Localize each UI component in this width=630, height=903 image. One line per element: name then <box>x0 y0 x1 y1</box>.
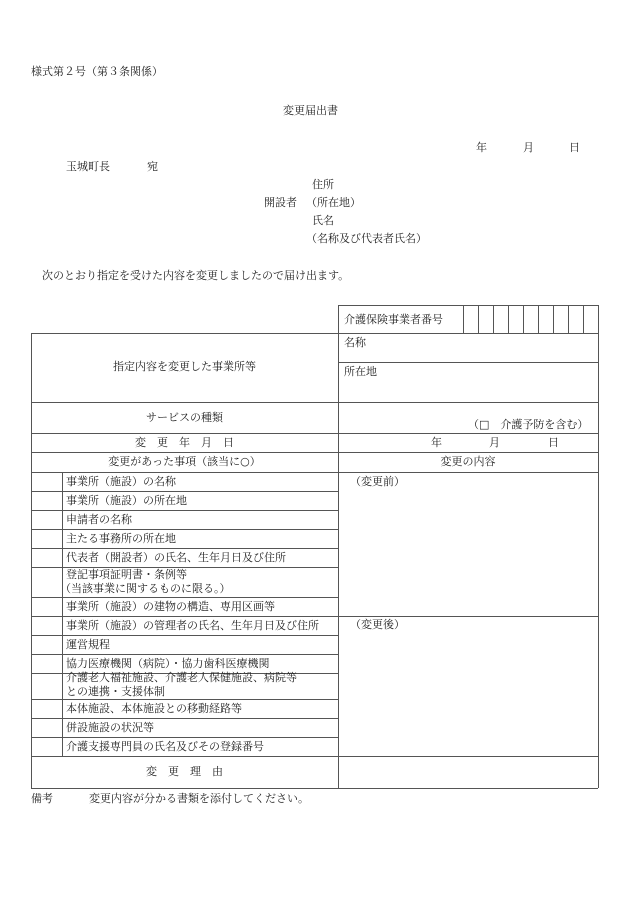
item-check-cell[interactable] <box>32 598 62 616</box>
office-name-label: 名称 <box>344 336 366 350</box>
item-label: 代表者（開設者）の氏名、生年月日及び住所 <box>66 551 286 565</box>
applicant-label: 開設者 <box>264 196 297 210</box>
applicant-name-label: 氏名 <box>312 214 334 228</box>
item-label: 運営規程 <box>66 638 110 652</box>
date-month-label: 月 <box>523 141 534 155</box>
item-check-cell[interactable] <box>32 568 62 597</box>
insurer-number-box-5[interactable] <box>524 306 538 333</box>
insurer-number-box-8[interactable] <box>569 306 583 333</box>
service-type-label: サービスの種類 <box>31 411 338 425</box>
addressee-suffix: 宛 <box>147 160 158 174</box>
applicant-address-label: 住所 <box>312 178 334 192</box>
item-check-cell[interactable] <box>32 700 62 718</box>
reason-label: 変 更 理 由 <box>31 765 338 779</box>
service-type-note: （□ 介護予防を含む） <box>468 418 588 432</box>
form-number: 様式第２号（第３条関係） <box>31 65 163 79</box>
applicant-name-sub: （名称及び代表者氏名） <box>306 232 427 246</box>
changed-items-header: 変更があった事項（該当に○） <box>31 455 338 469</box>
change-date-year: 年 <box>431 436 442 450</box>
before-content-area[interactable] <box>339 473 597 615</box>
item-check-cell[interactable] <box>32 492 62 510</box>
item-label: 併設施設の状況等 <box>66 721 154 735</box>
item-label: 事業所（施設）の建物の構造、専用区画等 <box>66 600 275 614</box>
item-label-line2: （当該事業に関するものに限る。） <box>60 582 231 596</box>
office-address-label: 所在地 <box>344 365 377 379</box>
item-check-cell[interactable] <box>32 530 62 548</box>
item-check-cell[interactable] <box>32 655 62 673</box>
insurer-number-box-1[interactable] <box>464 306 478 333</box>
change-date-label: 変 更 年 月 日 <box>31 436 338 450</box>
applicant-address-sub: （所在地） <box>306 196 361 210</box>
date-day-label: 日 <box>569 141 580 155</box>
insurer-number-box-3[interactable] <box>494 306 508 333</box>
item-label: 協力医療機関（病院）・協力歯科医療機関 <box>66 657 270 671</box>
insurer-number-box-4[interactable] <box>509 306 523 333</box>
item-check-cell[interactable] <box>32 674 62 699</box>
note-label: 備考 <box>31 792 53 806</box>
change-date-day: 日 <box>548 436 559 450</box>
item-check-cell[interactable] <box>32 549 62 567</box>
item-label: 事業所（施設）の管理者の氏名、生年月日及び住所 <box>66 619 319 633</box>
item-check-cell[interactable] <box>32 719 62 737</box>
insurer-number-box-7[interactable] <box>554 306 568 333</box>
item-label: 介護老人福祉施設、介護老人保健施設、病院等 <box>66 671 297 685</box>
note-text: 変更内容が分かる書類を添付してください。 <box>89 792 309 806</box>
office-label: 指定内容を変更した事業所等 <box>31 360 338 374</box>
item-label: 申請者の名称 <box>66 513 132 527</box>
item-label: 登記事項証明書・条例等 <box>66 568 187 582</box>
document-title: 変更届出書 <box>283 104 338 118</box>
after-content-area[interactable] <box>339 617 597 755</box>
item-check-cell[interactable] <box>32 636 62 654</box>
item-label: 介護支援専門員の氏名及びその登録番号 <box>66 740 264 754</box>
insurer-number-label: 介護保険事業者番号 <box>344 313 443 327</box>
item-label: 事業所（施設）の名称 <box>66 475 176 489</box>
item-check-cell[interactable] <box>32 617 62 635</box>
insurer-number-box-6[interactable] <box>539 306 553 333</box>
change-content-header: 変更の内容 <box>338 455 598 469</box>
date-year-label: 年 <box>476 141 487 155</box>
intro-text: 次のとおり指定を受けた内容を変更しましたので届け出ます。 <box>42 269 349 283</box>
item-label: 本体施設、本体施設との移動経路等 <box>66 702 242 716</box>
item-label: 事業所（施設）の所在地 <box>66 494 187 508</box>
item-label: 主たる事務所の所在地 <box>66 532 176 546</box>
insurer-number-box-9[interactable] <box>584 306 598 333</box>
insurer-number-box-2[interactable] <box>479 306 493 333</box>
addressee: 玉城町長 <box>66 160 110 174</box>
reason-field[interactable] <box>339 757 597 787</box>
item-check-cell[interactable] <box>32 738 62 756</box>
item-label-line2: との連携・支援体制 <box>66 685 165 699</box>
item-check-cell[interactable] <box>32 473 62 491</box>
item-check-cell[interactable] <box>32 511 62 529</box>
change-date-month: 月 <box>489 436 500 450</box>
